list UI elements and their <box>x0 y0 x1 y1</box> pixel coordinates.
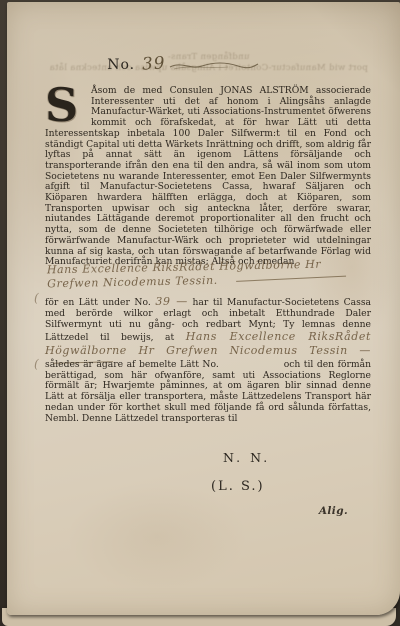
number-label: No. <box>107 57 135 73</box>
document-number-line: No. 39 <box>7 54 360 74</box>
margin-bracket: ( <box>34 357 39 371</box>
paragraph-payment: för en Lätt under No. 39 — har til Manuf… <box>45 295 371 369</box>
paragraph-transport-terms: således är ägare af bemelte Lätt No. och… <box>45 360 371 424</box>
paper-stain <box>67 482 247 592</box>
handwritten-name: Grefwen Nicodemus Tessin. <box>47 274 218 291</box>
paragraph-preamble: SÅsom de med Consulen JONAS ALSTRÖM asso… <box>45 86 371 268</box>
paper-crease <box>280 2 400 92</box>
transport-addressee: N. N. <box>223 450 270 465</box>
seal-placeholder: (L. S.) <box>211 479 265 494</box>
photograph-background: { "document": { "header": { "no_label": … <box>0 0 400 626</box>
document-page: undfången Trans- port wid Manufactur-Con… <box>7 2 400 615</box>
terms-text-start: således är ägare af bemelte Lätt No. <box>45 359 219 370</box>
payment-text-start: för en Lätt under No. <box>45 297 151 308</box>
handwritten-owner-name: Hans Excellence RiksRådet Högwälborne Hr… <box>47 257 370 292</box>
number-value-handwritten: 39 <box>142 53 167 75</box>
ink-rule <box>236 276 346 283</box>
ink-flourish-icon <box>168 59 260 71</box>
handwritten-lot-number: 39 — <box>155 295 188 308</box>
ornate-initial-S: S <box>45 86 91 126</box>
catchword: Alig. <box>319 505 348 517</box>
preamble-text: Åsom de med Consulen JONAS ALSTRÖM assoc… <box>45 85 371 267</box>
margin-bracket: ( <box>34 291 39 305</box>
